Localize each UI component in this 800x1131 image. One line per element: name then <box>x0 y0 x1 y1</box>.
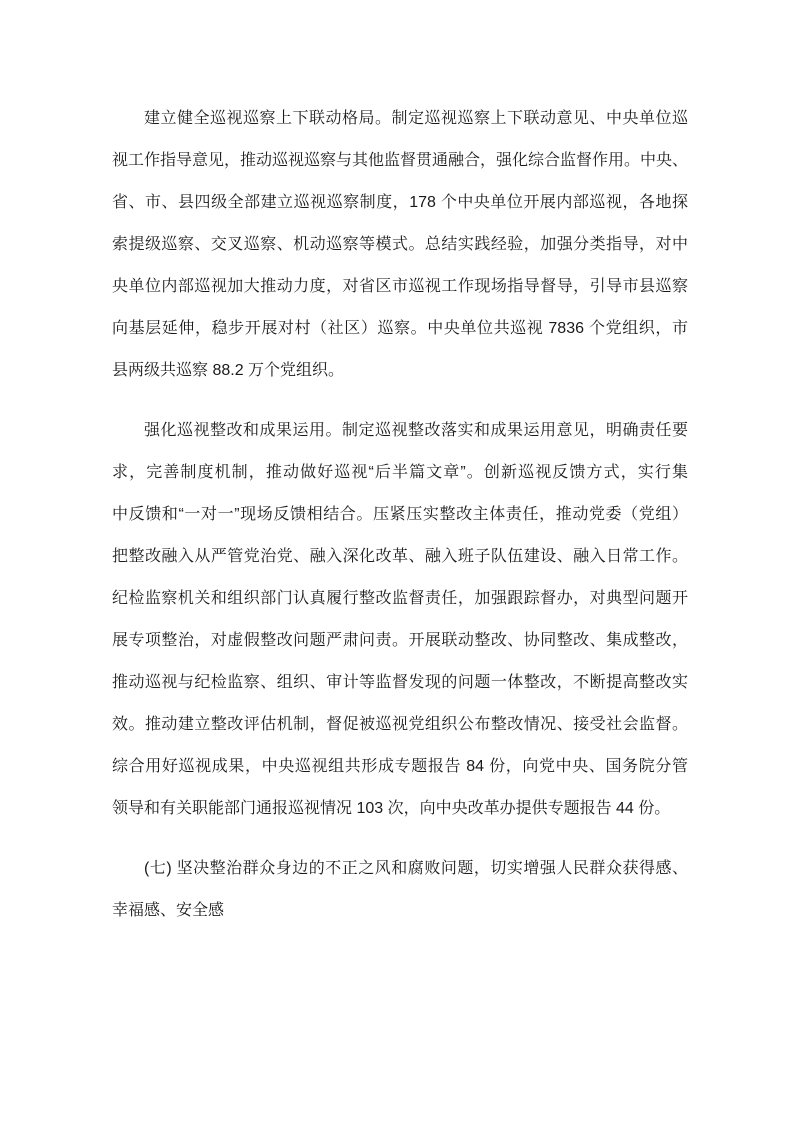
text-line: 把整改融入从严管党治党、融入深化改革、融入班子队伍建设、融入日常工作。 <box>112 536 688 578</box>
text-line: 中反馈和“一对一”现场反馈相结合。压紧压实整改主体责任，推动党委（党组） <box>112 494 688 536</box>
text-line: 求，完善制度机制，推动做好巡视“后半篇文章”。创新巡视反馈方式，实行集 <box>112 452 688 494</box>
paragraph-rectification-results: 强化巡视整改和成果运用。制定巡视整改落实和成果运用意见，明确责任要求，完善制度机… <box>112 410 688 830</box>
text-line: 效。推动建立整改评估机制，督促被巡视党组织公布整改情况、接受社会监督。 <box>112 704 688 746</box>
text-line: 县两级共巡察 88.2 万个党组织。 <box>112 350 688 392</box>
text-line: 向基层延伸，稳步开展对村（社区）巡察。中央单位共巡视 7836 个党组织，市 <box>112 308 688 350</box>
text-line: (七) 坚决整治群众身边的不正之风和腐败问题，切实增强人民群众获得感、 <box>112 848 688 890</box>
text-line: 省、市、县四级全部建立巡视巡察制度，178 个中央单位开展内部巡视，各地探 <box>112 182 688 224</box>
text-line: 纪检监察机关和组织部门认真履行整改监督责任，加强跟踪督办，对典型问题开 <box>112 578 688 620</box>
paragraph-section-seven-heading: (七) 坚决整治群众身边的不正之风和腐败问题，切实增强人民群众获得感、幸福感、安… <box>112 848 688 932</box>
text-line: 领导和有关职能部门通报巡视情况 103 次，向中央改革办提供专题报告 44 份。 <box>112 788 688 830</box>
text-line: 幸福感、安全感 <box>112 890 688 932</box>
paragraph-inspection-linkage: 建立健全巡视巡察上下联动格局。制定巡视巡察上下联动意见、中央单位巡视工作指导意见… <box>112 98 688 392</box>
text-line: 强化巡视整改和成果运用。制定巡视整改落实和成果运用意见，明确责任要 <box>112 410 688 452</box>
text-line: 展专项整治，对虚假整改问题严肃问责。开展联动整改、协同整改、集成整改， <box>112 620 688 662</box>
text-line: 综合用好巡视成果，中央巡视组共形成专题报告 84 份，向党中央、国务院分管 <box>112 746 688 788</box>
text-line: 视工作指导意见，推动巡视巡察与其他监督贯通融合，强化综合监督作用。中央、 <box>112 140 688 182</box>
text-line: 推动巡视与纪检监察、组织、审计等监督发现的问题一体整改，不断提高整改实 <box>112 662 688 704</box>
text-line: 建立健全巡视巡察上下联动格局。制定巡视巡察上下联动意见、中央单位巡 <box>112 98 688 140</box>
document-page: 建立健全巡视巡察上下联动格局。制定巡视巡察上下联动意见、中央单位巡视工作指导意见… <box>0 0 800 1131</box>
text-line: 索提级巡察、交叉巡察、机动巡察等模式。总结实践经验，加强分类指导，对中 <box>112 224 688 266</box>
text-line: 央单位内部巡视加大推动力度，对省区市巡视工作现场指导督导，引导市县巡察 <box>112 266 688 308</box>
